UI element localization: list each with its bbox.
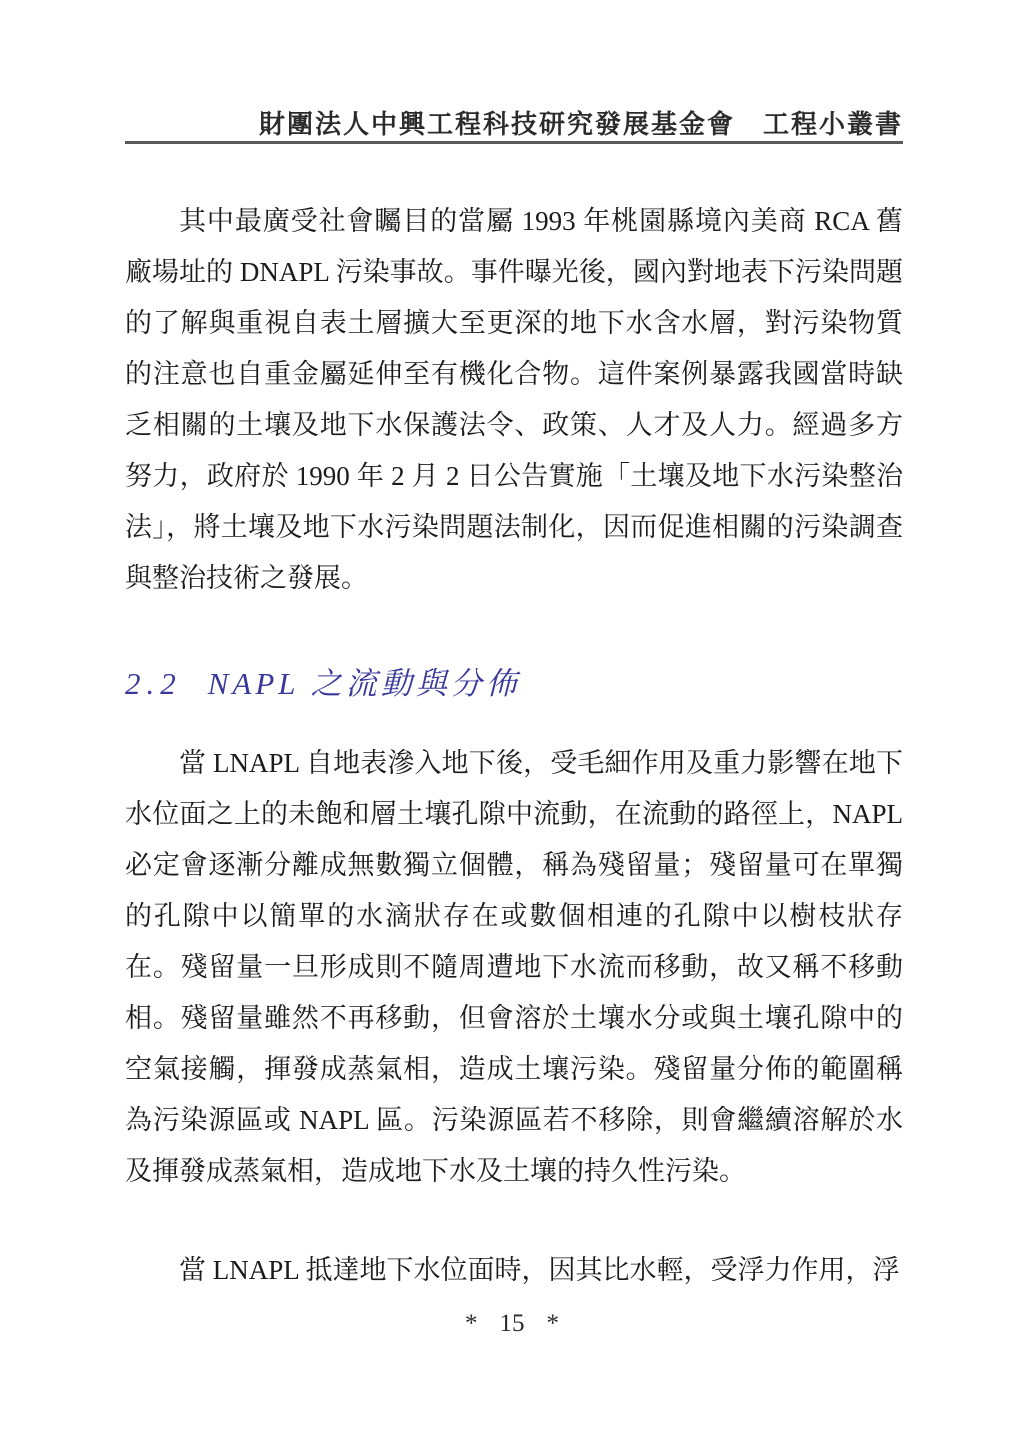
section-number: 2.2 (125, 666, 182, 701)
page-footer: *15* (0, 1310, 1024, 1338)
header-rule (125, 141, 903, 144)
paragraph-lnapl-watertable: 當 LNAPL 抵達地下水位面時，因其比水輕，受浮力作用，浮 (125, 1245, 903, 1296)
footer-marker-right: * (547, 1310, 560, 1337)
footer-marker-left: * (465, 1310, 478, 1337)
document-page: 財團法人中興工程科技研究發展基金會 工程小叢書 其中最廣受社會矚目的當屬 199… (0, 0, 1024, 1450)
header-title: 財團法人中興工程科技研究發展基金會 工程小叢書 (125, 104, 903, 141)
section-title: NAPL 之流動與分佈 (208, 666, 521, 701)
page-content: 其中最廣受社會矚目的當屬 1993 年桃園縣境內美商 RCA 舊廠場址的 DNA… (125, 196, 903, 1296)
page-number: 15 (500, 1310, 525, 1337)
paragraph-napl-flow: 當 LNAPL 自地表滲入地下後，受毛細作用及重力影響在地下水位面之上的未飽和層… (125, 738, 903, 1197)
section-heading: 2.2NAPL 之流動與分佈 (125, 660, 903, 708)
paragraph-rca-incident: 其中最廣受社會矚目的當屬 1993 年桃園縣境內美商 RCA 舊廠場址的 DNA… (125, 196, 903, 604)
